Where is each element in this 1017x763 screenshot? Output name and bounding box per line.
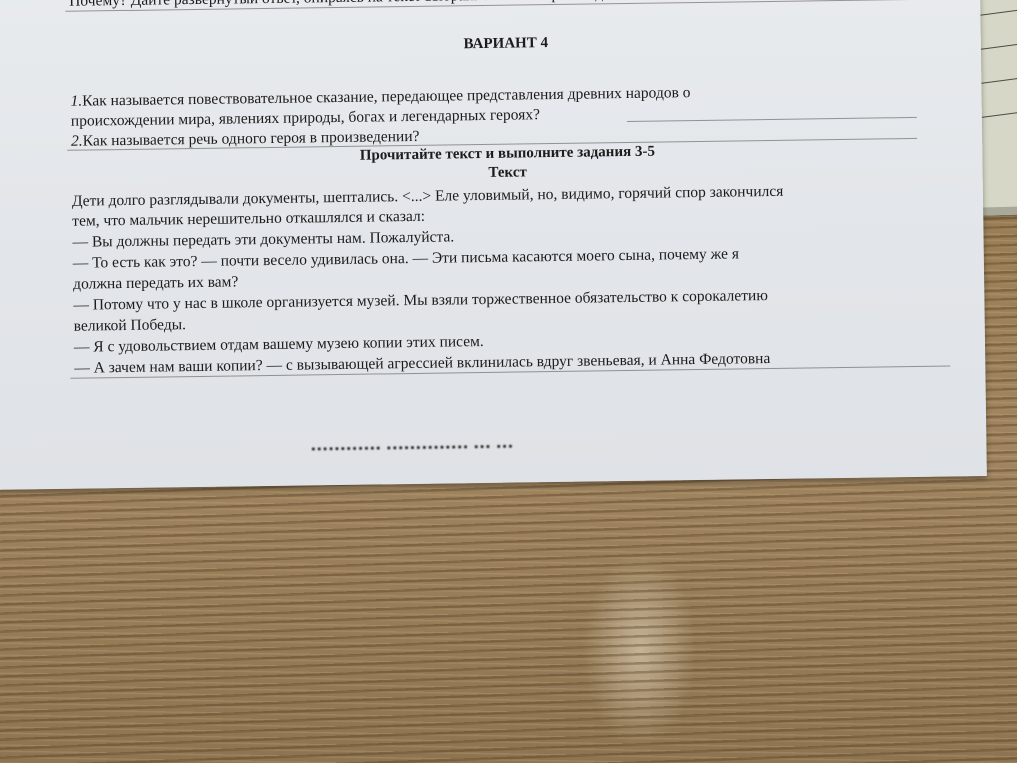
smudged-footer-text: ▪︎▪︎▪︎▪︎▪︎▪︎▪︎▪︎▪︎▪︎▪︎▪︎ ▪︎▪︎▪︎▪︎▪︎▪︎▪︎▪…	[311, 441, 514, 456]
exam-paper-sheet: Почему? Дайте развернутый ответ, опираяс…	[0, 0, 987, 490]
passage-line: тем, что мальчик нерешительно откашлялся…	[72, 208, 425, 231]
passage-line: Дети долго разглядывали документы, шепта…	[72, 183, 784, 211]
passage-line: — Вы должны передать эти документы нам. …	[72, 228, 454, 251]
question-1-line-2: происхождении мира, явлениях природы, бо…	[71, 106, 540, 131]
passage-line: должна передать их вам?	[73, 273, 238, 293]
question-1-number: 1.	[70, 93, 82, 110]
question-2-number: 2.	[71, 133, 83, 150]
passage-line: великой Победы.	[74, 316, 187, 336]
question-1-line-1: 1.Как называется повествовательное сказа…	[70, 84, 690, 111]
answer-line	[627, 117, 917, 122]
passage-line: — Я с удовольствием отдам вашему музею к…	[74, 333, 484, 357]
variant-title: ВАРИАНТ 4	[66, 30, 946, 59]
